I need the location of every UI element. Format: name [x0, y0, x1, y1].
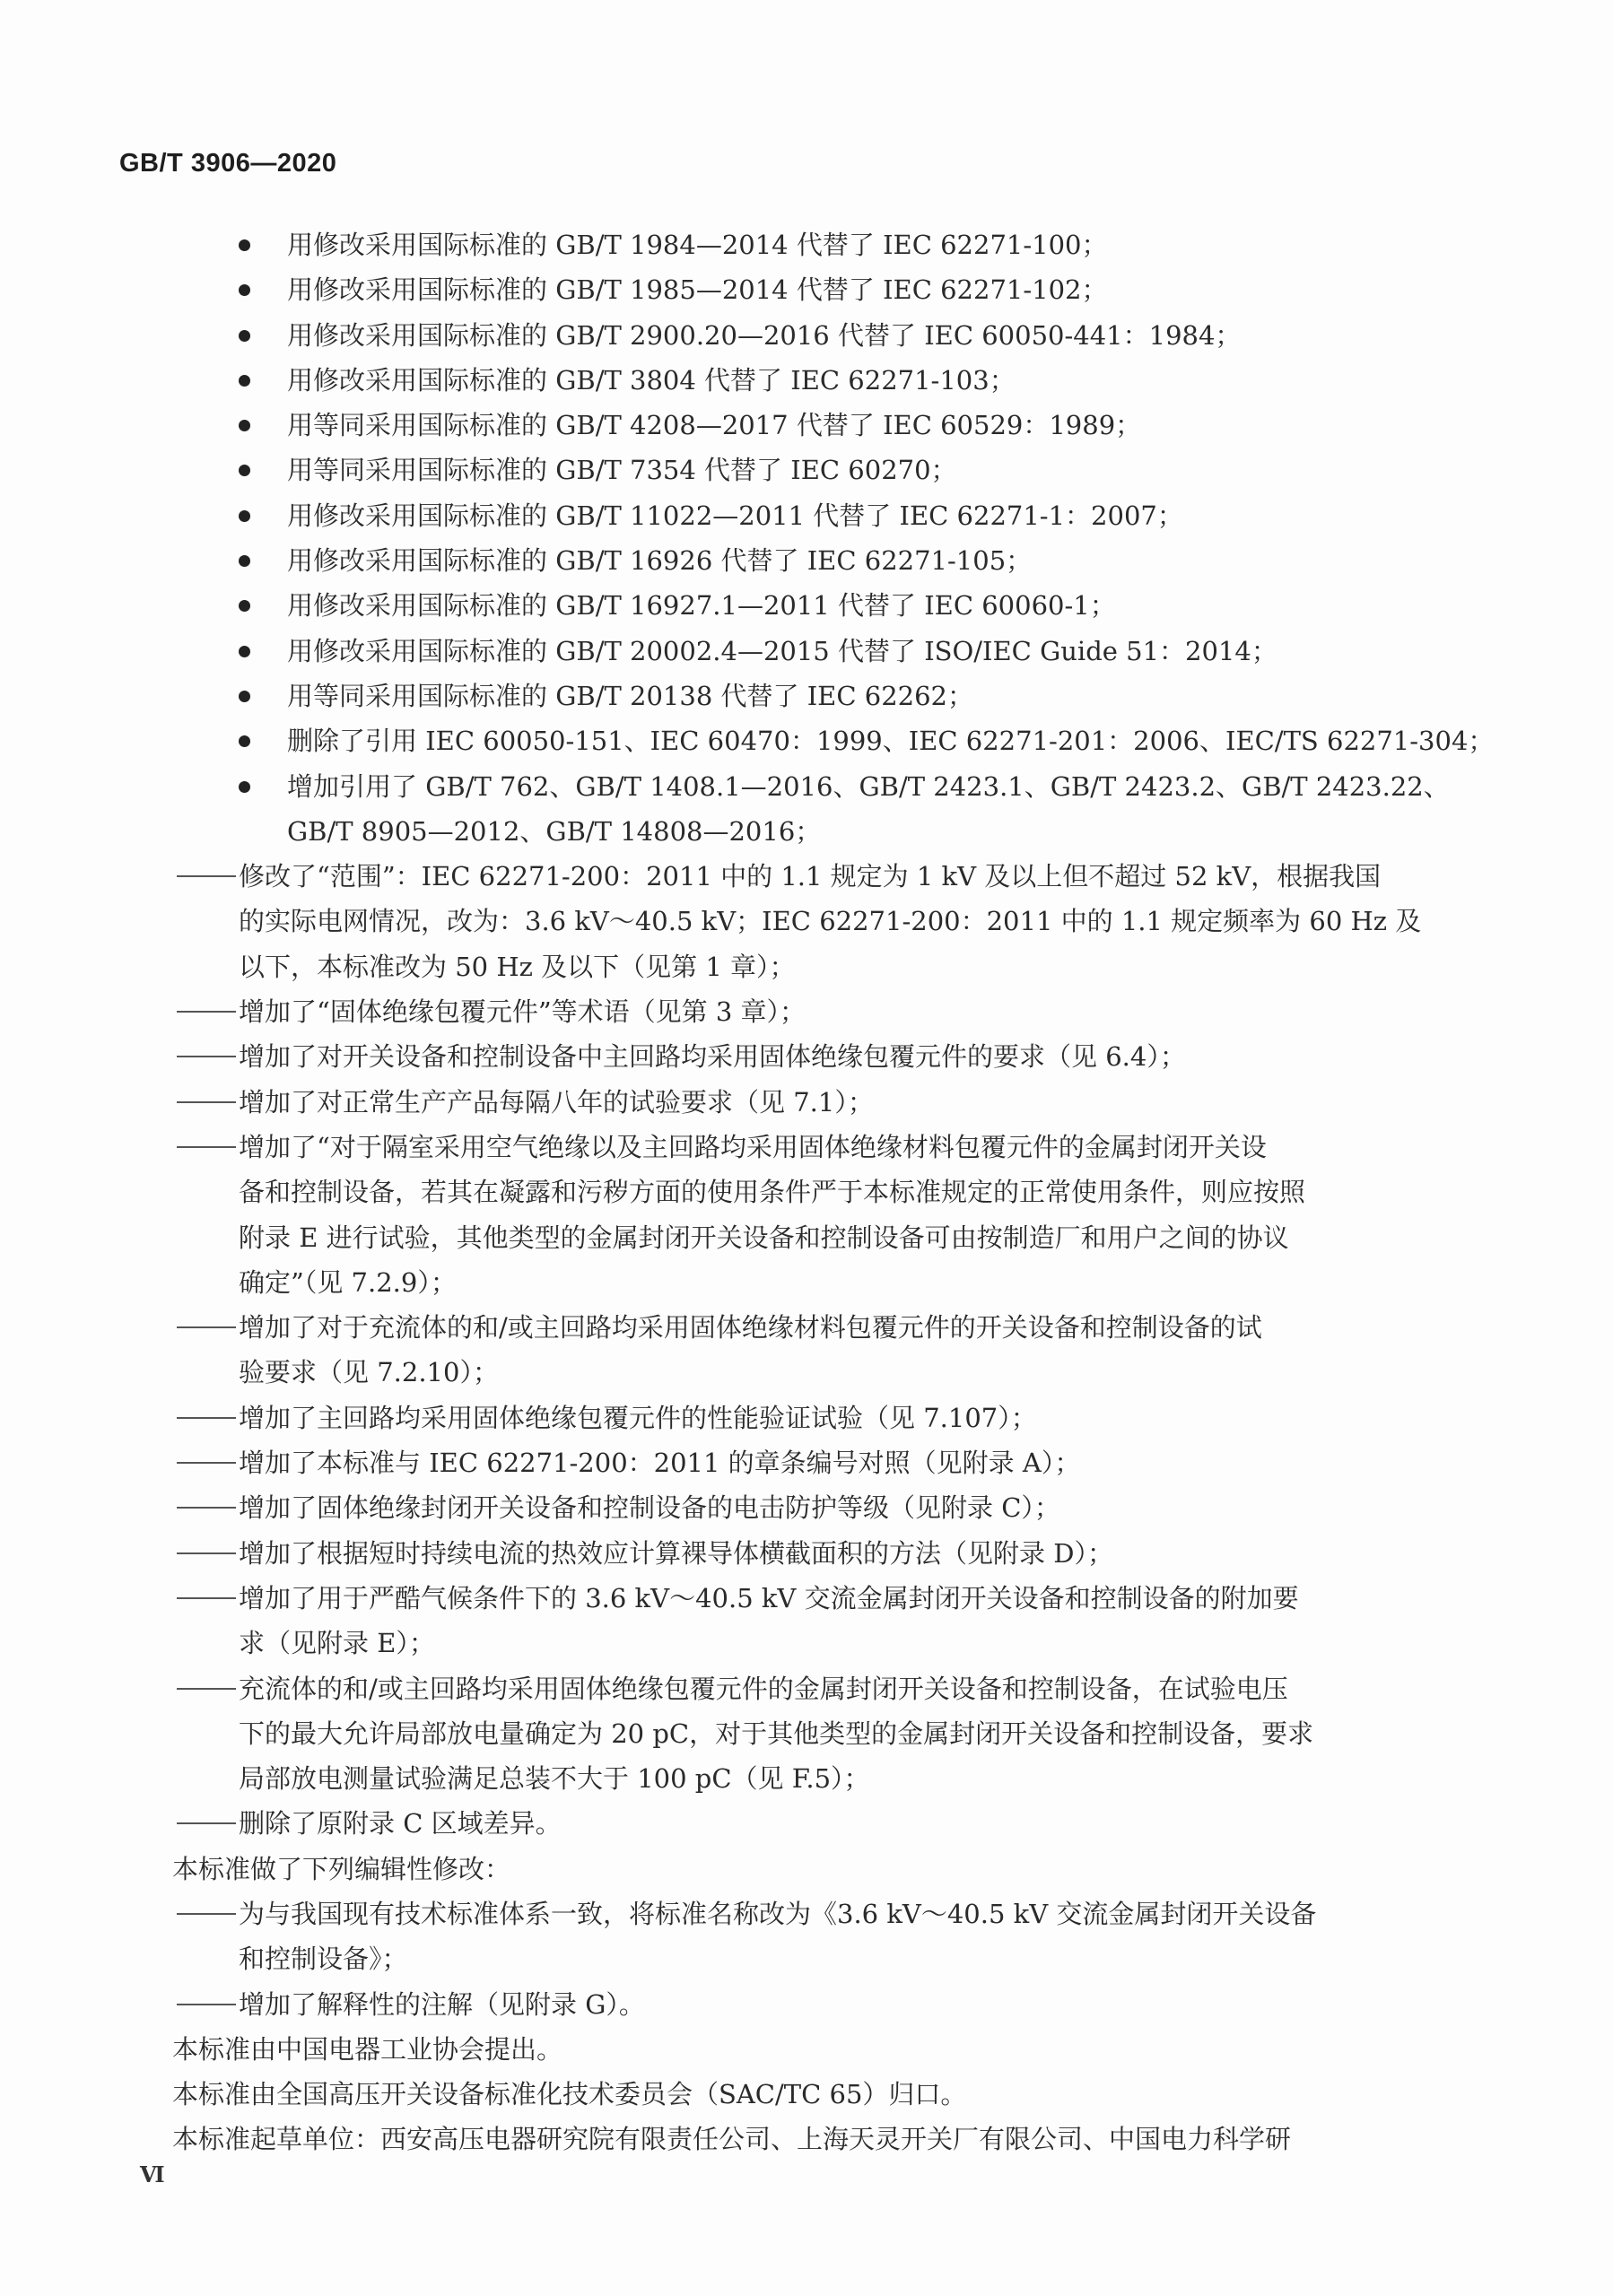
list-item: 为与我国现有技术标准体系一致，将标准名称改为《3.6 kV～40.5 kV 交流… — [0, 1892, 1613, 1936]
list-item: 用修改采用国际标准的 GB/T 16927.1—2011 代替了 IEC 600… — [0, 583, 1613, 628]
list-item-continuation: 下的最大允许局部放电量确定为 20 pC，对于其他类型的金属封闭开关设备和控制设… — [0, 1711, 1613, 1756]
list-item: 增加了“固体绝缘包覆元件”等术语（见第 3 章）； — [0, 989, 1613, 1034]
dash-marker-icon — [177, 1913, 236, 1915]
technical-changes-list: 修改了“范围”：IEC 62271-200：2011 中的 1.1 规定为 1 … — [0, 854, 1613, 1847]
list-item-continuation: 验要求（见 7.2.10）； — [0, 1350, 1613, 1395]
list-item: 充流体的和/或主回路均采用固体绝缘包覆元件的金属封闭开关设备和控制设备，在试验电… — [0, 1666, 1613, 1711]
bullet-icon — [239, 600, 250, 612]
list-item: 用修改采用国际标准的 GB/T 1984—2014 代替了 IEC 62271-… — [0, 222, 1613, 267]
dash-marker-icon — [177, 1146, 236, 1148]
list-item: 增加了“对于隔室采用空气绝缘以及主回路均采用固体绝缘材料包覆元件的金属封闭开关设 — [0, 1125, 1613, 1170]
list-item: 删除了原附录 C 区域差异。 — [0, 1801, 1613, 1846]
page-number: Ⅵ — [140, 2161, 165, 2187]
dash-marker-icon — [177, 1056, 236, 1057]
list-item: 增加引用了 GB/T 762、GB/T 1408.1—2016、GB/T 242… — [0, 764, 1613, 809]
list-item: 增加了固体绝缘封闭开关设备和控制设备的电击防护等级（见附录 C）； — [0, 1485, 1613, 1530]
dash-marker-icon — [177, 1552, 236, 1554]
dash-marker-icon — [177, 1326, 236, 1328]
list-item: 增加了对开关设备和控制设备中主回路均采用固体绝缘包覆元件的要求（见 6.4）； — [0, 1034, 1613, 1079]
list-item-continuation: 确定”（见 7.2.9）； — [0, 1260, 1613, 1305]
list-item: 增加了根据短时持续电流的热效应计算裸导体横截面积的方法（见附录 D）； — [0, 1531, 1613, 1576]
dash-marker-icon — [177, 1011, 236, 1013]
dash-marker-icon — [177, 2004, 236, 2005]
list-item: 用修改采用国际标准的 GB/T 11022—2011 代替了 IEC 62271… — [0, 493, 1613, 538]
bullet-icon — [239, 781, 250, 793]
list-item-continuation: 局部放电测量试验满足总装不大于 100 pC（见 F.5）； — [0, 1756, 1613, 1801]
document-body: 用修改采用国际标准的 GB/T 1984—2014 代替了 IEC 62271-… — [0, 222, 1613, 2162]
list-item: 用修改采用国际标准的 GB/T 16926 代替了 IEC 62271-105； — [0, 538, 1613, 583]
dash-marker-icon — [177, 1688, 236, 1690]
editorial-intro-paragraph: 本标准做了下列编辑性修改： — [0, 1847, 1613, 1892]
committee-paragraph: 本标准由全国高压开关设备标准化技术委员会（SAC/TC 65）归口。 — [0, 2072, 1613, 2117]
list-item: 增加了主回路均采用固体绝缘包覆元件的性能验证试验（见 7.107）； — [0, 1396, 1613, 1440]
list-item-continuation: 备和控制设备，若其在凝露和污秽方面的使用条件严于本标准规定的正常使用条件，则应按… — [0, 1170, 1613, 1214]
drafting-units-paragraph: 本标准起草单位：西安高压电器研究院有限责任公司、上海天灵开关厂有限公司、中国电力… — [0, 2117, 1613, 2161]
bullet-icon — [239, 239, 250, 251]
bullet-icon — [239, 420, 250, 431]
list-item-continuation: 求（见附录 E）； — [0, 1621, 1613, 1665]
dash-marker-icon — [177, 1822, 236, 1824]
list-item: 修改了“范围”：IEC 62271-200：2011 中的 1.1 规定为 1 … — [0, 854, 1613, 899]
bullet-icon — [239, 510, 250, 522]
list-item: 用等同采用国际标准的 GB/T 4208—2017 代替了 IEC 60529：… — [0, 403, 1613, 448]
bullet-icon — [239, 691, 250, 702]
list-item: 增加了本标准与 IEC 62271-200：2011 的章条编号对照（见附录 A… — [0, 1440, 1613, 1485]
bullet-icon — [239, 555, 250, 567]
list-item: 增加了对于充流体的和/或主回路均采用固体绝缘材料包覆元件的开关设备和控制设备的试 — [0, 1305, 1613, 1350]
bullet-icon — [239, 646, 250, 657]
list-item: 用修改采用国际标准的 GB/T 1985—2014 代替了 IEC 62271-… — [0, 267, 1613, 312]
list-item: 增加了解释性的注解（见附录 G）。 — [0, 1982, 1613, 2027]
dash-marker-icon — [177, 1417, 236, 1419]
list-item-continuation: 和控制设备》； — [0, 1936, 1613, 1981]
bullet-icon — [239, 375, 250, 387]
bullet-icon — [239, 284, 250, 296]
list-item: 用修改采用国际标准的 GB/T 3804 代替了 IEC 62271-103； — [0, 358, 1613, 403]
list-item-continuation: 的实际电网情况，改为：3.6 kV～40.5 kV；IEC 62271-200：… — [0, 899, 1613, 944]
standard-number-header: GB/T 3906—2020 — [119, 149, 336, 178]
list-item-continuation: 以下，本标准改为 50 Hz 及以下（见第 1 章）； — [0, 944, 1613, 989]
document-page: GB/T 3906—2020 用修改采用国际标准的 GB/T 1984—2014… — [0, 0, 1613, 2296]
list-item: 删除了引用 IEC 60050-151、IEC 60470：1999、IEC 6… — [0, 718, 1613, 763]
dash-marker-icon — [177, 875, 236, 877]
dash-marker-icon — [177, 1507, 236, 1509]
bullet-icon — [239, 330, 250, 342]
list-item: 用修改采用国际标准的 GB/T 2900.20—2016 代替了 IEC 600… — [0, 313, 1613, 358]
dash-marker-icon — [177, 1462, 236, 1464]
list-item: 增加了用于严酷气候条件下的 3.6 kV～40.5 kV 交流金属封闭开关设备和… — [0, 1576, 1613, 1621]
list-item: 用等同采用国际标准的 GB/T 20138 代替了 IEC 62262； — [0, 674, 1613, 718]
list-item-continuation: 附录 E 进行试验，其他类型的金属封闭开关设备和控制设备可由按制造厂和用户之间的… — [0, 1215, 1613, 1260]
list-item: 用等同采用国际标准的 GB/T 7354 代替了 IEC 60270； — [0, 448, 1613, 492]
bullet-icon — [239, 735, 250, 747]
list-item: 用修改采用国际标准的 GB/T 20002.4—2015 代替了 ISO/IEC… — [0, 629, 1613, 674]
proposer-paragraph: 本标准由中国电器工业协会提出。 — [0, 2027, 1613, 2072]
bullet-icon — [239, 465, 250, 476]
list-item: 增加了对正常生产产品每隔八年的试验要求（见 7.1）； — [0, 1080, 1613, 1125]
editorial-changes-list: 为与我国现有技术标准体系一致，将标准名称改为《3.6 kV～40.5 kV 交流… — [0, 1892, 1613, 2027]
dash-marker-icon — [177, 1101, 236, 1103]
bullet-list: 用修改采用国际标准的 GB/T 1984—2014 代替了 IEC 62271-… — [0, 222, 1613, 854]
list-item-continuation: GB/T 8905—2012、GB/T 14808—2016； — [0, 809, 1613, 854]
dash-marker-icon — [177, 1597, 236, 1599]
